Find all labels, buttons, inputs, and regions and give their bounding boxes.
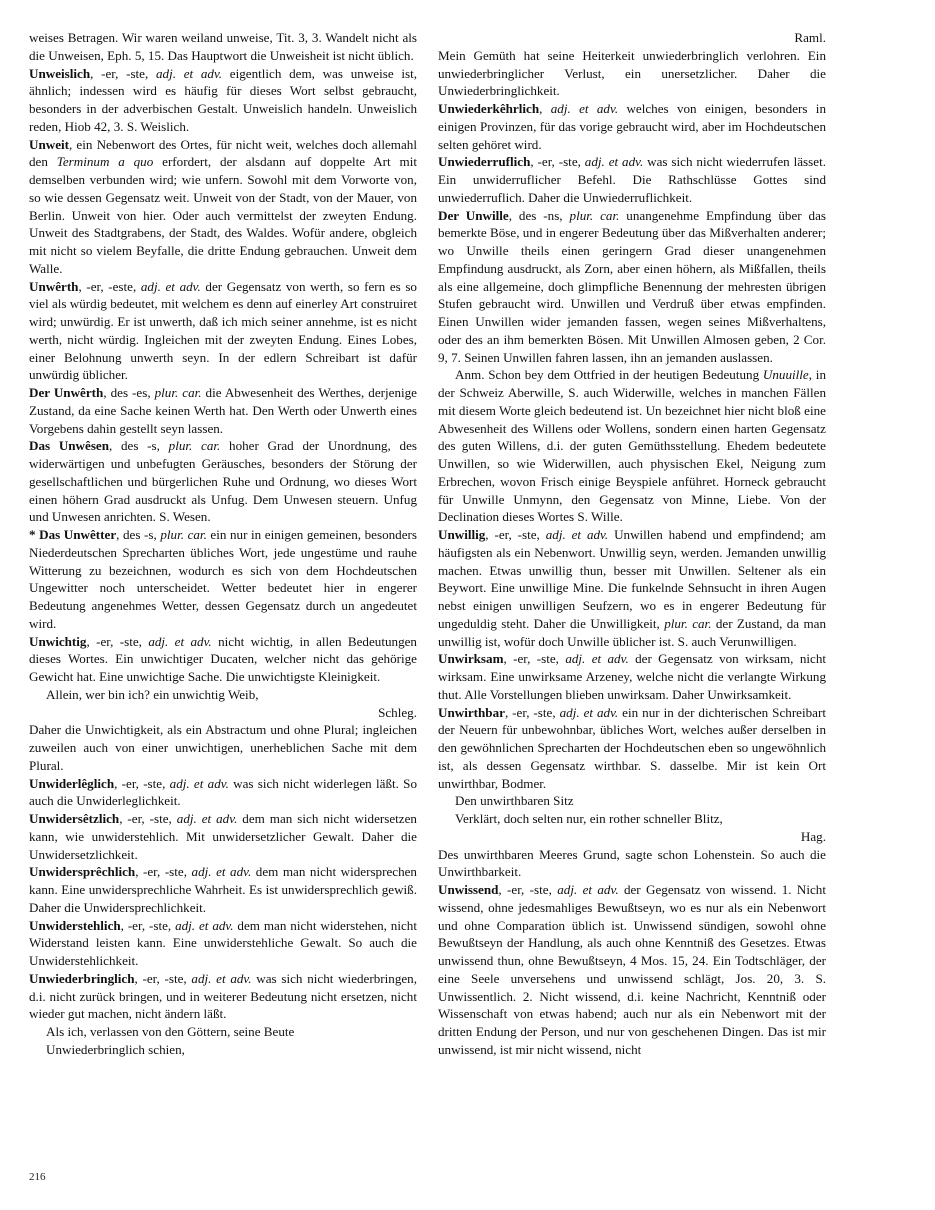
grammar-label: adj. et adv. bbox=[560, 705, 619, 720]
forms: , -er, -ste, bbox=[119, 811, 177, 826]
headword: Unwichtig bbox=[29, 634, 86, 649]
dictionary-entry: Unwissend, -er, -ste, adj. et adv. der G… bbox=[438, 881, 826, 1059]
quote-source: Raml. bbox=[438, 29, 826, 47]
dictionary-entry: Unwillig, -er, -ste, adj. et adv. Unwill… bbox=[438, 526, 826, 650]
grammar-label: plur. car. bbox=[169, 438, 221, 453]
annotation-note: Anm. Schon bey dem Ottfried in der heuti… bbox=[438, 366, 826, 526]
definition: ein nur in einigen gemeinen, besonders N… bbox=[29, 527, 417, 631]
dictionary-entry: Unwiederkêhrlich, adj. et adv. welches v… bbox=[438, 100, 826, 153]
grammar-label: adj. et adv. bbox=[175, 918, 233, 933]
forms: , -er, -ste, bbox=[114, 776, 170, 791]
headword: Unwiderstehlich bbox=[29, 918, 121, 933]
forms: , -er, -ste, bbox=[505, 705, 560, 720]
annotation-text: in der Schweiz Aberwille, S. auch Widerw… bbox=[438, 367, 826, 524]
dictionary-entry: Unwidersprêchlich, -er, -ste, adj. et ad… bbox=[29, 863, 417, 916]
headword: Unwirthbar bbox=[438, 705, 505, 720]
dictionary-entry: Unwiderstehlich, -er, -ste, adj. et adv.… bbox=[29, 917, 417, 970]
headword: Unwidersprêchlich bbox=[29, 864, 135, 879]
headword: Das Unwêsen bbox=[29, 438, 109, 453]
dictionary-entry: Der Unwêrth, des -es, plur. car. die Abw… bbox=[29, 384, 417, 437]
headword: Unwiederkêhrlich bbox=[438, 101, 539, 116]
headword: Unwillig bbox=[438, 527, 485, 542]
continuation-text: weises Betragen. Wir waren weiland unwei… bbox=[29, 29, 417, 65]
dictionary-entry: Das Unwêsen, des -s, plur. car. hoher Gr… bbox=[29, 437, 417, 526]
verse-quote-line: Als ich, verlassen von den Göttern, sein… bbox=[29, 1023, 417, 1041]
headword: Unwirksam bbox=[438, 651, 503, 666]
headword: Unweislich bbox=[29, 66, 90, 81]
forms: , -er, -ste, bbox=[503, 651, 565, 666]
verse-quote-line: Unwiederbringlich schien, bbox=[29, 1041, 417, 1059]
dictionary-entry: Der Unwille, des -ns, plur. car. unangen… bbox=[438, 207, 826, 367]
grammar-label: plur. car. bbox=[160, 527, 207, 542]
forms: , des -s, bbox=[109, 438, 169, 453]
continuation-text: Mein Gemüth hat seine Heiterkeit unwiede… bbox=[438, 47, 826, 100]
grammar-label: adj. et adv. bbox=[585, 154, 643, 169]
grammar-label: adj. et adv. bbox=[191, 971, 251, 986]
headword: Unwidersêtzlich bbox=[29, 811, 119, 826]
forms: , bbox=[539, 101, 551, 116]
forms: , des -s, bbox=[116, 527, 160, 542]
page-number: 216 bbox=[29, 1171, 46, 1183]
grammar-label: adj. et adv. bbox=[170, 776, 229, 791]
left-column: weises Betragen. Wir waren weiland unwei… bbox=[29, 29, 417, 1059]
verse-quote-line: Den unwirthbaren Sitz bbox=[438, 792, 826, 810]
verse-quote-line: Verklärt, doch selten nur, ein rother sc… bbox=[438, 810, 826, 828]
forms: , -er, -ste, bbox=[86, 634, 148, 649]
quote-source: Hag. bbox=[438, 828, 826, 846]
headword: Unwiederruflich bbox=[438, 154, 530, 169]
definition: erfordert, der alsdann auf doppelte Art … bbox=[29, 154, 417, 276]
continuation-text: Daher die Unwichtigkeit, als ein Abstrac… bbox=[29, 721, 417, 774]
grammar-label: plur. car. bbox=[155, 385, 202, 400]
definition: der Gegensatz von werth, so fern es so v… bbox=[29, 279, 417, 383]
grammar-label: adj. et adv. bbox=[148, 634, 211, 649]
definition: unangenehme Empfindung über das bemerkte… bbox=[438, 208, 826, 365]
dictionary-entry: Unwirthbar, -er, -ste, adj. et adv. ein … bbox=[438, 704, 826, 793]
dictionary-entry: Unwiderlêglich, -er, -ste, adj. et adv. … bbox=[29, 775, 417, 811]
forms: , -er, -ste, bbox=[90, 66, 156, 81]
right-column: Raml. Mein Gemüth hat seine Heiterkeit u… bbox=[438, 29, 826, 1059]
grammar-label: adj. et adv. bbox=[551, 101, 618, 116]
definition: der Gegensatz von wissend. 1. Nicht wiss… bbox=[438, 882, 826, 1057]
grammar-label: adj. et adv. bbox=[557, 882, 618, 897]
headword: Unwiederbringlich bbox=[29, 971, 134, 986]
annotation-prefix: Anm. Schon bey dem Ottfried in der heuti… bbox=[455, 367, 763, 382]
grammar-label: plur. car. bbox=[570, 208, 620, 223]
quote-source: Schleg. bbox=[29, 704, 417, 722]
forms: , -er, -este, bbox=[78, 279, 140, 294]
grammar-label: adj. et adv. bbox=[192, 864, 252, 879]
headword: Der Unwille bbox=[438, 208, 509, 223]
forms: , -er, -ste, bbox=[135, 864, 191, 879]
forms: , -er, -ste, bbox=[134, 971, 191, 986]
dictionary-entry: Unwêrth, -er, -este, adj. et adv. der Ge… bbox=[29, 278, 417, 385]
grammar-label: plur. car. bbox=[664, 616, 711, 631]
dictionary-entry: Unweislich, -er, -ste, adj. et adv. eige… bbox=[29, 65, 417, 136]
dictionary-entry: Unwidersêtzlich, -er, -ste, adj. et adv.… bbox=[29, 810, 417, 863]
headword: Unwêrth bbox=[29, 279, 78, 294]
forms: , des -ns, bbox=[509, 208, 570, 223]
headword: * Das Unwêtter bbox=[29, 527, 116, 542]
continuation-text: Des unwirthbaren Meeres Grund, sagte sch… bbox=[438, 846, 826, 882]
dictionary-entry: Unwirksam, -er, -ste, adj. et adv. der G… bbox=[438, 650, 826, 703]
dictionary-entry: * Das Unwêtter, des -s, plur. car. ein n… bbox=[29, 526, 417, 633]
dictionary-entry: Unwiederruflich, -er, -ste, adj. et adv.… bbox=[438, 153, 826, 206]
forms: , des -es, bbox=[103, 385, 154, 400]
forms: , -er, -ste, bbox=[121, 918, 175, 933]
forms: , -er, -ste, bbox=[485, 527, 545, 542]
grammar-label: adj. et adv. bbox=[141, 279, 201, 294]
forms: , -er, -ste, bbox=[530, 154, 584, 169]
dictionary-entry: Unweit, ein Nebenwort des Ortes, für nic… bbox=[29, 136, 417, 278]
headword: Unweit bbox=[29, 137, 69, 152]
dictionary-entry: Unwichtig, -er, -ste, adj. et adv. nicht… bbox=[29, 633, 417, 686]
grammar-label: adj. et adv. bbox=[156, 66, 222, 81]
grammar-label: adj. et adv. bbox=[565, 651, 628, 666]
dictionary-entry: Unwiederbringlich, -er, -ste, adj. et ad… bbox=[29, 970, 417, 1023]
headword: Unwiderlêglich bbox=[29, 776, 114, 791]
annotation-italic-word: Unuuille, bbox=[763, 367, 812, 382]
forms: , -er, -ste, bbox=[498, 882, 557, 897]
grammar-label: adj. et adv. bbox=[546, 527, 608, 542]
verse-quote: Allein, wer bin ich? ein unwichtig Weib, bbox=[29, 686, 417, 704]
headword: Unwissend bbox=[438, 882, 498, 897]
grammar-label: Terminum a quo bbox=[57, 154, 154, 169]
grammar-label: adj. et adv. bbox=[177, 811, 238, 826]
headword: Der Unwêrth bbox=[29, 385, 103, 400]
